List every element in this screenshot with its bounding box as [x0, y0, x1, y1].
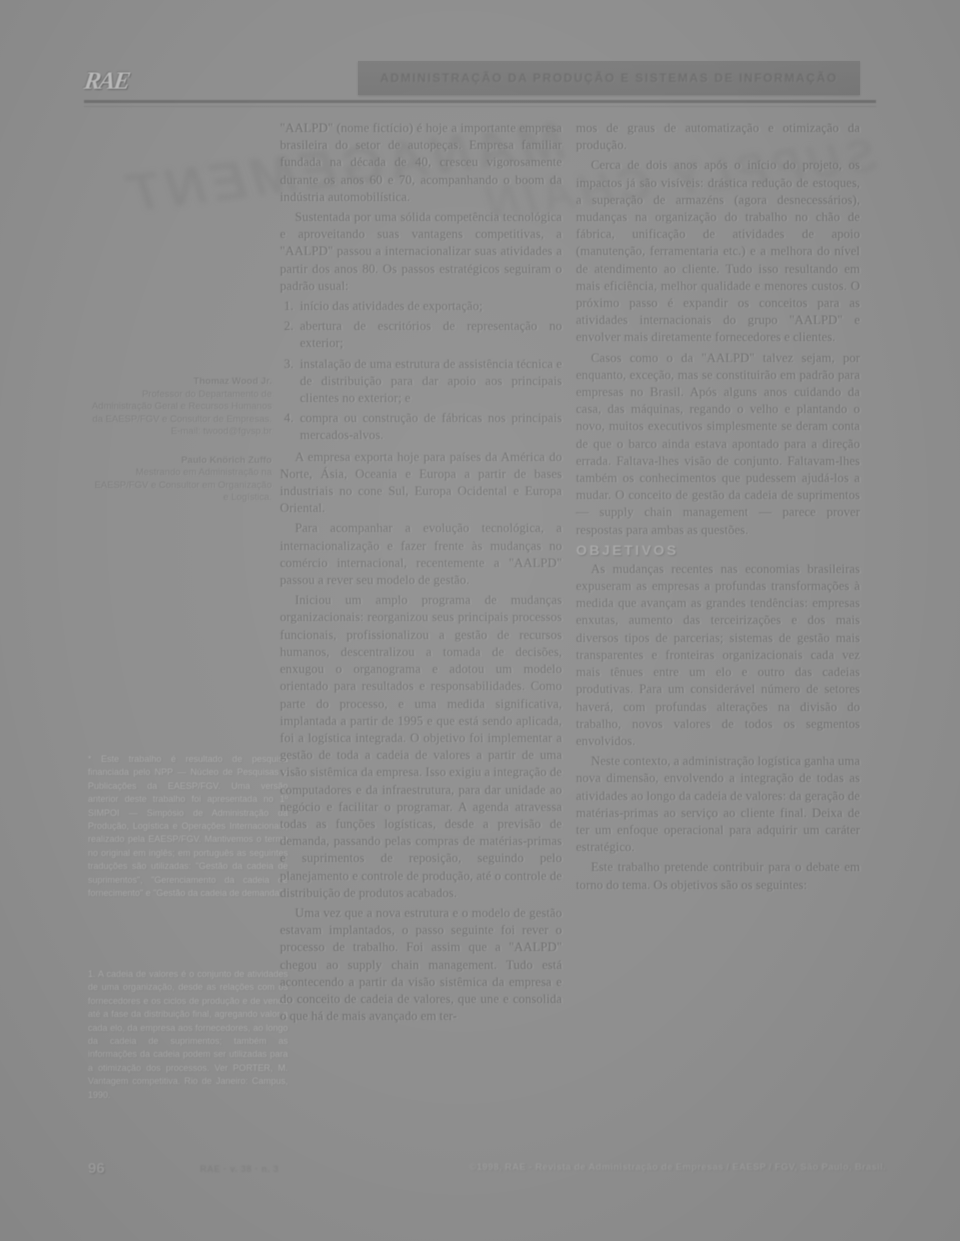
paragraph: Uma vez que a nova estrutura e o modelo …: [280, 905, 562, 1025]
paragraph: Iniciou um amplo programa de mudanças or…: [280, 592, 562, 902]
author-block: Thomaz Wood Jr. Professor do Departament…: [88, 376, 272, 439]
body-column-left: "AALPD" (nome fictício) é hoje a importa…: [280, 120, 562, 1156]
list-item: início das atividades de exportação;: [284, 298, 562, 315]
footer-issue-info: RAE · v. 38 · n. 3: [200, 1164, 279, 1174]
header-rule-secondary: [84, 106, 876, 107]
paragraph: "AALPD" (nome fictício) é hoje a importa…: [280, 120, 562, 206]
author-block: Paulo Knörich Zuffo Mestrando em Adminis…: [88, 455, 272, 505]
paragraph: Sustentada por uma sólida competência te…: [280, 209, 562, 295]
body-column-right: mos de graus de automatização e otimizaç…: [576, 120, 860, 1156]
author-credits: Thomaz Wood Jr. Professor do Departament…: [88, 376, 272, 521]
scanned-journal-page: { "header": { "logo": "RAE", "section_ba…: [0, 0, 960, 1241]
footer-copyright: ©1998, RAE - Revista de Administração de…: [430, 1162, 886, 1173]
author-bio: Professor do Departamento de Administraç…: [88, 389, 272, 427]
section-banner: ADMINISTRAÇÃO DA PRODUÇÃO E SISTEMAS DE …: [358, 61, 860, 95]
strategic-steps-list: início das atividades de exportação; abe…: [280, 298, 562, 445]
page-number: 96: [88, 1160, 105, 1177]
section-banner-title: ADMINISTRAÇÃO DA PRODUÇÃO E SISTEMAS DE …: [380, 71, 838, 85]
list-item: compra ou construção de fábricas nos pri…: [284, 410, 562, 444]
list-item: abertura de escritórios de representação…: [284, 318, 562, 352]
paragraph: Este trabalho pretende contribuir para o…: [576, 859, 860, 893]
paragraph: mos de graus de automatização e otimizaç…: [576, 120, 860, 154]
author-bio: Mestrando em Administração na EAESP/FGV …: [88, 467, 272, 505]
paragraph: A empresa exporta hoje para países da Am…: [280, 449, 562, 518]
paragraph: Cerca de dois anos após o início do proj…: [576, 157, 860, 346]
footnote-asterisk: * Este trabalho é resultado de pesquisa …: [88, 753, 288, 900]
footnote-1: 1. A cadeia de valores é o conjunto de a…: [88, 968, 288, 1102]
author-name: Paulo Knörich Zuffo: [88, 455, 272, 468]
header-rule: [84, 100, 876, 103]
author-name: Thomaz Wood Jr.: [88, 376, 272, 389]
list-item: instalação de uma estrutura de assistênc…: [284, 356, 562, 408]
paragraph: Para acompanhar a evolução tecnológica, …: [280, 520, 562, 589]
paragraph: Casos como o da "AALPD" talvez sejam, po…: [576, 350, 860, 539]
rae-journal-logo: RAE: [82, 68, 142, 100]
section-heading-objetivos: OBJETIVOS: [576, 542, 860, 558]
paragraph: As mudanças recentes nas economias brasi…: [576, 561, 860, 750]
author-email: E-mail: twood@fgvsp.br: [88, 426, 272, 439]
paragraph: Neste contexto, a administração logístic…: [576, 753, 860, 856]
